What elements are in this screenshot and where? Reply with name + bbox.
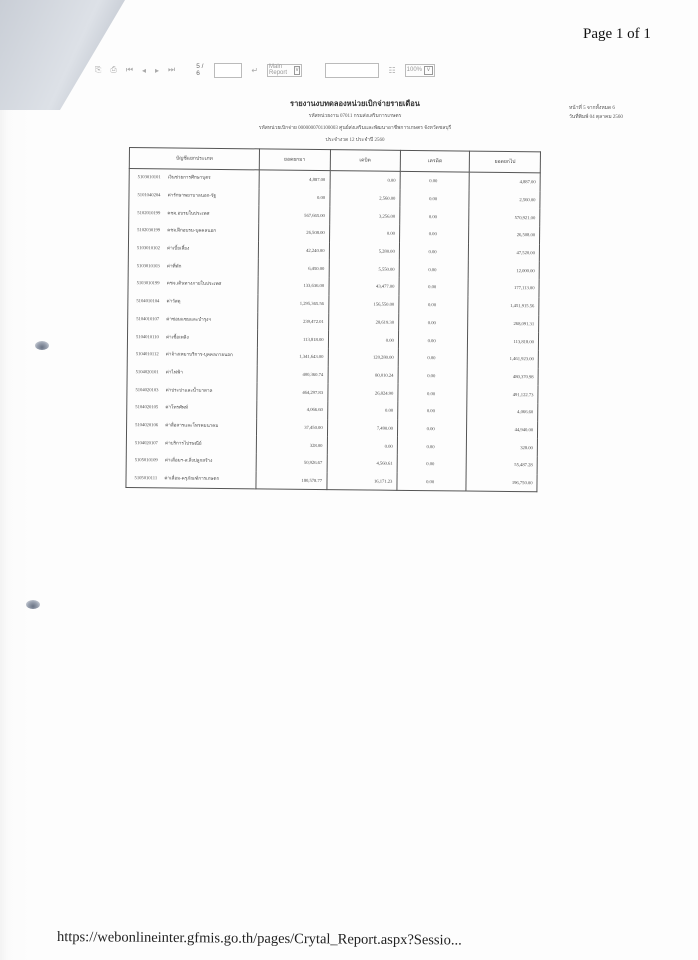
report-selector-value: Main Report	[269, 64, 292, 76]
account-cell: 5104020107 ค่าบริการไปรษณีย์	[126, 434, 256, 453]
account-name: ค่าบริการไปรษณีย์	[165, 440, 202, 445]
closing-balance: 1,461,923.00	[468, 349, 539, 367]
debit-amount: 120,280.00	[328, 348, 398, 366]
closing-balance: 2,560.00	[469, 190, 540, 208]
credit-amount: 0.00	[400, 207, 470, 225]
credit-amount: 0.00	[397, 455, 467, 473]
page-position: 5 / 6	[196, 63, 205, 77]
credit-amount: 0.00	[398, 402, 468, 420]
zoom-selector[interactable]: 100% ∨	[405, 64, 435, 77]
footer-url: https://webonlineinter.gfmis.go.th/pages…	[57, 929, 462, 950]
opening-balance: 464,297.83	[257, 383, 328, 401]
first-page-icon[interactable]: ⏮	[126, 65, 133, 75]
binoculars-icon[interactable]: ☷	[388, 66, 395, 75]
opening-balance: 26,508.00	[259, 223, 330, 241]
report-selector[interactable]: Main Report ∨	[267, 64, 302, 77]
agency-line: รหัสหน่วยงาน 07011 กรมส่งเสริมการเกษตร	[240, 112, 470, 120]
report-viewer-toolbar: ⎘ ⎙ ⏮ ◂ ▸ ⏭ 5 / 6 ↵ Main Report ∨ ☷ 100%…	[95, 61, 435, 79]
account-cell: 5103010199 คชจ.เดินทางภายในประเทศ	[128, 275, 258, 294]
page-of-label: หน้าที่ 5 จากทั้งหมด 6	[569, 104, 623, 113]
debit-amount: 0.00	[328, 330, 398, 348]
account-name: คชจ.อบรมในประเทศ	[167, 210, 209, 215]
closing-balance: 4,887.00	[469, 172, 540, 191]
opening-balance: 328.00	[256, 436, 327, 454]
account-cell: 5104020106 ค่าสื่อสารและโทรคมนาคม	[126, 417, 256, 436]
account-cell: 5104020103 ค่าประปาและน้ำบาดาล	[127, 381, 257, 400]
export-icon[interactable]: ⎘	[95, 65, 101, 75]
closing-balance: 44,940.00	[467, 420, 538, 438]
debit-amount: 4,560.61	[327, 454, 397, 472]
account-name: ค่าประปาและน้ำบาดาล	[166, 387, 213, 392]
credit-amount: 0.00	[397, 419, 467, 437]
opening-balance: 4,887.00	[259, 170, 330, 189]
account-cell: 5104010112 ค่าจ้างเหมาบริการ-บุคคลภายนอก	[127, 346, 257, 365]
print-icon[interactable]: ⎙	[110, 65, 116, 75]
credit-amount: 0.00	[398, 349, 468, 367]
credit-amount: 0.00	[398, 331, 468, 349]
account-cell: 5105010111 ค่าเสื่อม-ครุภัณฑ์การเกษตร	[126, 470, 256, 490]
punch-hole	[35, 341, 49, 350]
account-name: เงินช่วยการศึกษาบุตร	[168, 175, 211, 180]
account-name: ค่าสื่อสารและโทรคมนาคม	[165, 422, 218, 428]
opening-balance: 400,360.74	[257, 365, 328, 383]
closing-balance: 113,818.00	[468, 332, 539, 350]
credit-amount: 0.00	[399, 260, 469, 278]
account-name: ค่าวัสดุ	[166, 299, 180, 304]
debit-amount: 0.00	[330, 171, 400, 190]
account-cell: 5105010109 ค่าเสื่อมฯ-ส.สิ่งปลูกสร้าง	[126, 452, 256, 471]
debit-amount: 16,171.23	[326, 472, 396, 491]
debit-amount: 0.00	[327, 401, 397, 419]
account-code: 5102010199	[137, 210, 160, 215]
account-code: 5105010111	[135, 475, 158, 480]
opening-balance: 0.00	[259, 188, 330, 206]
debit-amount: 156,550.00	[328, 295, 398, 313]
opening-balance: 239,472.01	[258, 312, 329, 330]
account-cell: 5104020101 ค่าไฟฟ้า	[127, 364, 257, 383]
closing-balance: 196,750.00	[466, 473, 537, 492]
credit-amount: 0.00	[399, 296, 469, 314]
account-code: 5104020107	[135, 440, 158, 445]
report-meta: หน้าที่ 5 จากทั้งหมด 6 วันที่พิมพ์ 04 ตุ…	[569, 104, 623, 122]
account-code: 5104010104	[136, 298, 159, 303]
closing-balance: 480,370.98	[467, 367, 538, 385]
debit-amount: 80,010.24	[328, 366, 398, 384]
page-indicator: Page 1 of 1	[583, 26, 651, 43]
debit-amount: 3,256.00	[329, 206, 399, 224]
account-code: 5102030199	[137, 227, 160, 232]
goto-arrow-icon[interactable]: ↵	[251, 66, 258, 75]
closing-balance: 55,487.28	[467, 456, 538, 474]
closing-balance: 491,122.73	[467, 385, 538, 403]
account-code: 5103010103	[137, 263, 160, 268]
opening-balance: 1,295,365.56	[258, 294, 329, 312]
account-name: ค่าซ่อมแซมและบำรุงฯ	[166, 316, 211, 321]
account-cell: 5104010104 ค่าวัสดุ	[128, 293, 258, 312]
closing-balance: 177,113.00	[468, 279, 539, 297]
debit-amount: 5,280.00	[329, 242, 399, 260]
account-cell: 5104010107 ค่าซ่อมแซมและบำรุงฯ	[128, 310, 258, 329]
account-cell: 5103010103 ค่าที่พัก	[128, 257, 258, 276]
credit-amount: 0.00	[397, 473, 467, 492]
account-name: ค่าจ้างเหมาบริการ-บุคคลภายนอก	[166, 352, 233, 358]
opening-balance: 42,240.00	[258, 241, 329, 259]
debit-amount: 0.00	[329, 224, 399, 242]
account-code: 5103010101	[138, 174, 161, 179]
opening-balance: 113,818.00	[257, 330, 328, 348]
opening-balance: 6,450.00	[258, 259, 329, 277]
opening-balance: 180,578.77	[256, 471, 327, 490]
closing-balance: 1,451,915.56	[468, 296, 539, 314]
report-title: รายงานงบทดลองหน่วยเบิกจ่ายรายเดือน	[240, 98, 470, 110]
goto-page-input[interactable]	[214, 63, 242, 78]
report-period: ประจำงวด 12 ประจำปี 2560	[240, 136, 470, 144]
debit-amount: 7,490.00	[327, 419, 397, 437]
account-code: 5103010102	[137, 245, 160, 250]
account-cell: 5102030199 คชจ.ฝึกอบรม-บุคคลนอก	[129, 222, 259, 241]
opening-balance: 4,066.60	[257, 400, 328, 418]
credit-amount: 0.00	[400, 190, 470, 208]
account-name: ค่าไฟฟ้า	[166, 369, 183, 374]
account-code: 5104010112	[136, 351, 159, 356]
account-code: 5101040204	[137, 192, 160, 197]
account-cell: 5104010110 ค่าเชื้อเพลิง	[127, 328, 257, 347]
account-name: ค่ารักษาพยาบาลนอก-รัฐ	[168, 192, 216, 198]
col-closing: ยอดยกไป	[470, 151, 541, 173]
col-account: บัญชีแยกประเภท	[129, 148, 259, 170]
opening-balance: 567,665.00	[259, 206, 330, 224]
debit-amount: 0.00	[327, 436, 397, 454]
credit-amount: 0.00	[397, 437, 467, 455]
col-opening: ยอดยกมา	[259, 149, 330, 171]
debit-amount: 2,560.00	[329, 189, 399, 207]
account-name: คชจ.เดินทางภายในประเทศ	[167, 281, 222, 287]
col-credit: เครดิต	[400, 150, 470, 172]
credit-amount: 0.00	[399, 278, 469, 296]
closing-balance: 26,508.00	[469, 226, 540, 244]
punch-hole	[26, 600, 40, 609]
search-input[interactable]	[325, 63, 379, 78]
account-cell: 5103010101 เงินช่วยการศึกษาบุตร	[129, 169, 259, 189]
closing-balance: 570,921.00	[469, 208, 540, 226]
opening-balance: 50,926.67	[256, 453, 327, 471]
table-row: 5105010111 ค่าเสื่อม-ครุภัณฑ์การเกษตร 18…	[126, 470, 537, 492]
print-date-label: วันที่พิมพ์ 04 ตุลาคม 2560	[569, 113, 623, 122]
account-cell: 5104020105 ค่าโทรศัพท์	[127, 399, 257, 418]
account-code: 5104020105	[135, 404, 158, 409]
account-code: 5104020101	[136, 369, 159, 374]
account-cell: 5101040204 ค่ารักษาพยาบาลนอก-รัฐ	[129, 187, 259, 206]
account-name: ค่าเสื่อมฯ-ส.สิ่งปลูกสร้าง	[165, 458, 213, 463]
opening-balance: 133,636.00	[258, 276, 329, 294]
credit-amount: 0.00	[398, 366, 468, 384]
account-code: 5105010109	[135, 457, 158, 462]
credit-amount: 0.00	[399, 243, 469, 261]
account-code: 5104020106	[135, 422, 158, 427]
account-cell: 5103010102 ค่าเบี้ยเลี้ยง	[128, 240, 258, 259]
closing-balance: 268,091.31	[468, 314, 539, 332]
credit-amount: 0.00	[398, 313, 468, 331]
closing-balance: 328.00	[467, 438, 538, 456]
next-page-icon[interactable]: ▸	[155, 66, 159, 75]
opening-balance: 37,450.00	[257, 418, 328, 436]
account-cell: 5102010199 คชจ.อบรมในประเทศ	[129, 204, 259, 223]
account-name: ค่าเสื่อม-ครุภัณฑ์การเกษตร	[164, 475, 219, 481]
prev-page-icon[interactable]: ◂	[142, 66, 146, 75]
credit-amount: 0.00	[399, 225, 469, 243]
account-code: 5104010110	[136, 334, 159, 339]
debit-amount: 28,619.30	[328, 313, 398, 331]
closing-balance: 12,000.00	[469, 261, 540, 279]
closing-balance: 4,066.60	[467, 402, 538, 420]
report-header: รายงานงบทดลองหน่วยเบิกจ่ายรายเดือน รหัสห…	[240, 98, 470, 144]
chevron-down-icon: ∨	[424, 66, 433, 75]
last-page-icon[interactable]: ⏭	[168, 65, 175, 75]
debit-amount: 43,477.00	[329, 277, 399, 295]
account-name: ค่าเบี้ยเลี้ยง	[167, 245, 189, 250]
account-code: 5104020103	[135, 387, 158, 392]
account-name: ค่าโทรศัพท์	[165, 405, 188, 410]
opening-balance: 1,341,643.00	[257, 347, 328, 365]
zoom-value: 100%	[407, 67, 422, 73]
closing-balance: 47,520.00	[469, 243, 540, 261]
trial-balance-table: บัญชีแยกประเภท ยอดยกมา เดบิต เครดิต ยอดย…	[125, 147, 541, 493]
credit-amount: 0.00	[400, 171, 470, 190]
account-code: 5104010107	[136, 316, 159, 321]
account-name: ค่าที่พัก	[167, 263, 182, 268]
col-debit: เดบิต	[330, 150, 400, 172]
chevron-down-icon: ∨	[294, 66, 301, 75]
debit-amount: 26,824.90	[327, 383, 397, 401]
account-name: คชจ.ฝึกอบรม-บุคคลนอก	[167, 228, 216, 234]
account-code: 5103010199	[137, 281, 160, 286]
debit-amount: 5,550.00	[329, 260, 399, 278]
disbursing-unit-line: รหัสหน่วยเบิกจ่าย 0000000701100003 ศูนย์…	[240, 124, 470, 132]
account-name: ค่าเชื้อเพลิง	[166, 334, 189, 339]
credit-amount: 0.00	[398, 384, 468, 402]
